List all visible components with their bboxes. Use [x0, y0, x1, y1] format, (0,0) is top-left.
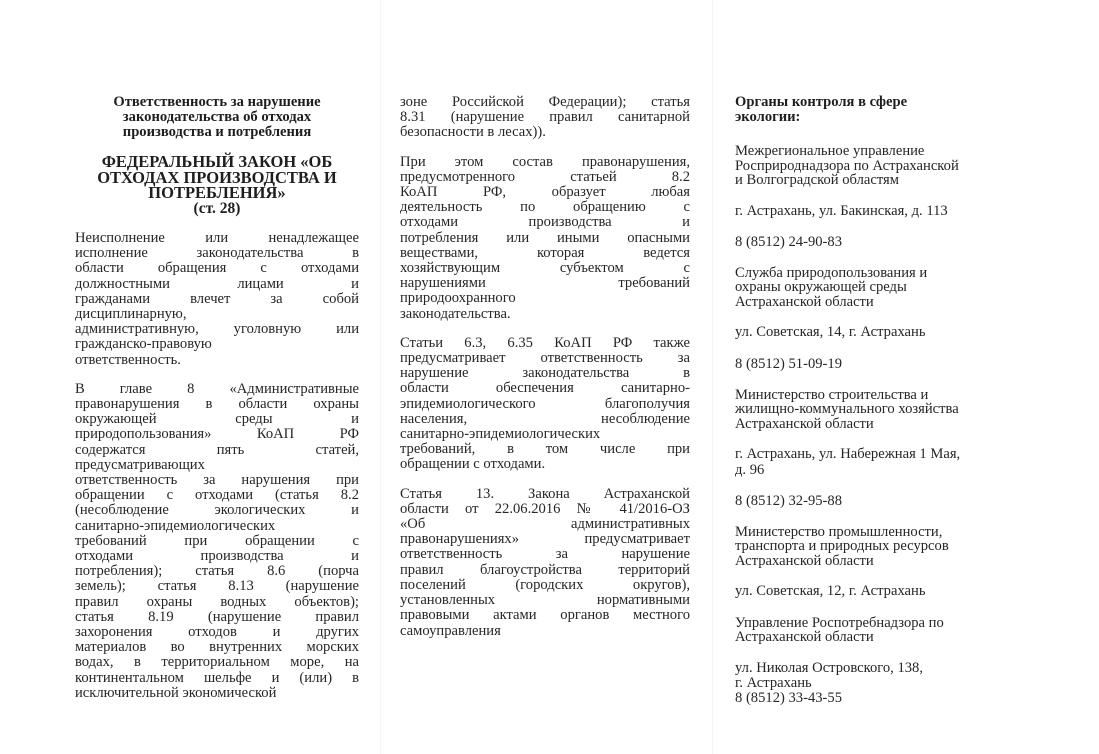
text-line: области обеспечения санитарно- — [400, 381, 690, 396]
text-line: ответственность за нарушение — [400, 547, 690, 562]
control-bodies-heading: Органы контроля в сфереэкологии: — [735, 95, 1035, 124]
text-line: потребления); статья 8.6 (порча — [75, 564, 359, 579]
text-line: охраны окружающей среды — [735, 280, 1035, 295]
paragraph-continuation: зоне Российской Федерации); статья8.31 (… — [400, 95, 690, 141]
text-line: Межрегиональное управление — [735, 144, 1035, 159]
text-line: нарушениями требований — [400, 276, 690, 291]
text-line: требований, в том числе при — [400, 442, 690, 457]
law-heading: ФЕДЕРАЛЬНЫЙ ЗАКОН «ОБОТХОДАХ ПРОИЗВОДСТВ… — [75, 154, 359, 216]
text-line: Министерство строительства и — [735, 388, 1035, 403]
text-line: материалов во внутренних морских — [75, 640, 359, 655]
text-line: веществами, которая ведется — [400, 246, 690, 261]
text-line: отходами производства и — [75, 549, 359, 564]
organization-name: Министерство промышленности,транспорта и… — [735, 525, 1035, 569]
text-line: Неисполнение или ненадлежащее — [75, 231, 359, 246]
organization-name: Межрегиональное управлениеРосприроднадзо… — [735, 144, 1035, 188]
text-line: В главе 8 «Административные — [75, 382, 359, 397]
organization-address: ул. Николая Островского, 138,г. Астрахан… — [735, 661, 1035, 691]
text-line: д. 96 — [735, 463, 1035, 478]
organization-address: ул. Советская, 14, г. Астрахань — [735, 325, 1035, 340]
text-line: Астраханской области — [735, 630, 1035, 645]
organization-phone: 8 (8512) 24-90-83 — [735, 235, 1035, 250]
text-line: области обращения с отходами — [75, 261, 359, 276]
text-line: нарушение законодательства в — [400, 366, 690, 381]
brochure-title: Ответственность за нарушениезаконодатель… — [75, 95, 359, 140]
column-left: Ответственность за нарушениезаконодатель… — [75, 95, 359, 701]
text-line: статья 8.19 (нарушение правил — [75, 610, 359, 625]
text-line: предусматривающих — [75, 458, 359, 473]
fold-line — [712, 0, 713, 754]
organization-entry: Министерство промышленности,транспорта и… — [735, 525, 1035, 600]
column-right: Органы контроля в сфереэкологии: Межреги… — [735, 95, 1035, 706]
organization-entry: Служба природопользования иохраны окружа… — [735, 266, 1035, 372]
organization-address: г. Астрахань, ул. Набережная 1 Мая,д. 96 — [735, 447, 1035, 477]
text-line: Органы контроля в сфере — [735, 95, 1035, 110]
law-heading-name: ФЕДЕРАЛЬНЫЙ ЗАКОН «ОБОТХОДАХ ПРОИЗВОДСТВ… — [75, 154, 359, 201]
text-line: административную, уголовную или — [75, 322, 359, 337]
text-line: населения, несоблюдение — [400, 412, 690, 427]
text-line: правонарушениях» предусматривает — [400, 532, 690, 547]
text-line: самоуправления — [400, 624, 690, 639]
text-line: гражданско-правовую — [75, 337, 359, 352]
text-line: ответственность. — [75, 353, 359, 368]
text-line: ответственность за нарушения при — [75, 473, 359, 488]
text-line: безопасности в лесах)). — [400, 125, 690, 140]
text-line: Росприроднадзора по Астраханской — [735, 159, 1035, 174]
text-line: континентальном шельфе и (или) в — [75, 671, 359, 686]
text-line: водах, в территориальном море, на — [75, 655, 359, 670]
text-line: правонарушения в области охраны — [75, 397, 359, 412]
text-line: производства и потребления — [75, 125, 359, 140]
text-line: Управление Роспотребнадзора по — [735, 616, 1035, 631]
organization-entry: Управление Роспотребнадзора поАстраханск… — [735, 616, 1035, 707]
organization-name: Министерство строительства ижилищно-комм… — [735, 388, 1035, 432]
paragraph-koap-6-3: Статьи 6.3, 6.35 КоАП РФ такжепредусматр… — [400, 336, 690, 473]
text-line: КоАП РФ, образует любая — [400, 185, 690, 200]
text-line: потребления или иными опасными — [400, 231, 690, 246]
text-line: ул. Советская, 14, г. Астрахань — [735, 325, 1035, 340]
paragraph-regional-law: Статья 13. Закона Астраханскойобласти от… — [400, 487, 690, 639]
text-line: содержатся пять статей, — [75, 443, 359, 458]
text-line: Астраханской области — [735, 295, 1035, 310]
text-line: предусматривает ответственность за — [400, 351, 690, 366]
text-line: правил охраны водных объектов); — [75, 595, 359, 610]
text-line: захоронения отходов и других — [75, 625, 359, 640]
text-line: г. Астрахань — [735, 676, 1035, 691]
text-line: Астраханской области — [735, 554, 1035, 569]
text-line: г. Астрахань, ул. Бакинская, д. 113 — [735, 204, 1035, 219]
text-line: законодательства. — [400, 307, 690, 322]
paragraph-liability: Неисполнение или ненадлежащееисполнение … — [75, 231, 359, 368]
text-line: исполнение законодательства в — [75, 246, 359, 261]
text-line: гражданами влечет за собой — [75, 292, 359, 307]
text-line: природопользования» КоАП РФ — [75, 427, 359, 442]
organization-phone: 8 (8512) 51-09-19 — [735, 357, 1035, 372]
text-line: (несоблюдение экологических и — [75, 503, 359, 518]
text-line: деятельность по обращению с — [400, 200, 690, 215]
text-line: обращении с отходами. — [400, 457, 690, 472]
text-line: окружающей среды и — [75, 412, 359, 427]
text-line: исключительной экономической — [75, 686, 359, 701]
text-line: Министерство промышленности, — [735, 525, 1035, 540]
text-line: предусмотренного статьей 8.2 — [400, 170, 690, 185]
organization-entry: Министерство строительства ижилищно-комм… — [735, 388, 1035, 509]
text-line: установленных нормативными — [400, 593, 690, 608]
text-line: правовыми актами органов местного — [400, 608, 690, 623]
text-line: области от 22.06.2016 № 41/2016-ОЗ — [400, 502, 690, 517]
text-line: зоне Российской Федерации); статья — [400, 95, 690, 110]
text-line: Ответственность за нарушение — [75, 95, 359, 110]
text-line: хозяйствующим субъектом с — [400, 261, 690, 276]
text-line: требований при обращении с — [75, 534, 359, 549]
text-line: ул. Советская, 12, г. Астрахань — [735, 584, 1035, 599]
text-line: экологии: — [735, 110, 1035, 125]
organization-name: Управление Роспотребнадзора поАстраханск… — [735, 616, 1035, 645]
law-article: (ст. 28) — [75, 201, 359, 217]
text-line: дисциплинарную, — [75, 307, 359, 322]
text-line: При этом состав правонарушения, — [400, 155, 690, 170]
organization-name: Служба природопользования иохраны окружа… — [735, 266, 1035, 310]
text-line: природоохранного — [400, 291, 690, 306]
text-line: Статьи 6.3, 6.35 КоАП РФ также — [400, 336, 690, 351]
text-line: «Об административных — [400, 517, 690, 532]
text-line: эпидемиологического благополучия — [400, 397, 690, 412]
text-line: отходами производства и — [400, 215, 690, 230]
text-line: ул. Николая Островского, 138, — [735, 661, 1035, 676]
text-line: Астраханской области — [735, 417, 1035, 432]
text-line: ПОТРЕБЛЕНИЯ» — [75, 185, 359, 201]
text-line: законодательства об отходах — [75, 110, 359, 125]
text-line: санитарно-эпидемиологических — [400, 427, 690, 442]
text-line: должностными лицами и — [75, 277, 359, 292]
organization-address: г. Астрахань, ул. Бакинская, д. 113 — [735, 204, 1035, 219]
text-line: и Волгоградской областям — [735, 173, 1035, 188]
text-line: земель); статья 8.13 (нарушение — [75, 579, 359, 594]
text-line: 8.31 (нарушение правил санитарной — [400, 110, 690, 125]
text-line: жилищно-коммунального хозяйства — [735, 402, 1035, 417]
organization-address: ул. Советская, 12, г. Астрахань — [735, 584, 1035, 599]
text-line: Служба природопользования и — [735, 266, 1035, 281]
brochure-page: Ответственность за нарушениезаконодатель… — [0, 0, 1099, 754]
text-line: г. Астрахань, ул. Набережная 1 Мая, — [735, 447, 1035, 462]
organization-list: Межрегиональное управлениеРосприроднадзо… — [735, 144, 1035, 706]
organization-phone: 8 (8512) 33-43-55 — [735, 691, 1035, 706]
text-line: санитарно-эпидемиологических — [75, 519, 359, 534]
fold-line — [380, 0, 381, 754]
column-middle: зоне Российской Федерации); статья8.31 (… — [400, 95, 690, 639]
paragraph-koap-chapter8: В главе 8 «Административныеправонарушени… — [75, 382, 359, 701]
text-line: Статья 13. Закона Астраханской — [400, 487, 690, 502]
paragraph-offense-composition: При этом состав правонарушения,предусмот… — [400, 155, 690, 322]
text-line: правил благоустройства территорий — [400, 563, 690, 578]
text-line: транспорта и природных ресурсов — [735, 539, 1035, 554]
organization-entry: Межрегиональное управлениеРосприроднадзо… — [735, 144, 1035, 250]
text-line: обращении с отходами (статья 8.2 — [75, 488, 359, 503]
text-line: поселений (городских округов), — [400, 578, 690, 593]
organization-phone: 8 (8512) 32-95-88 — [735, 494, 1035, 509]
